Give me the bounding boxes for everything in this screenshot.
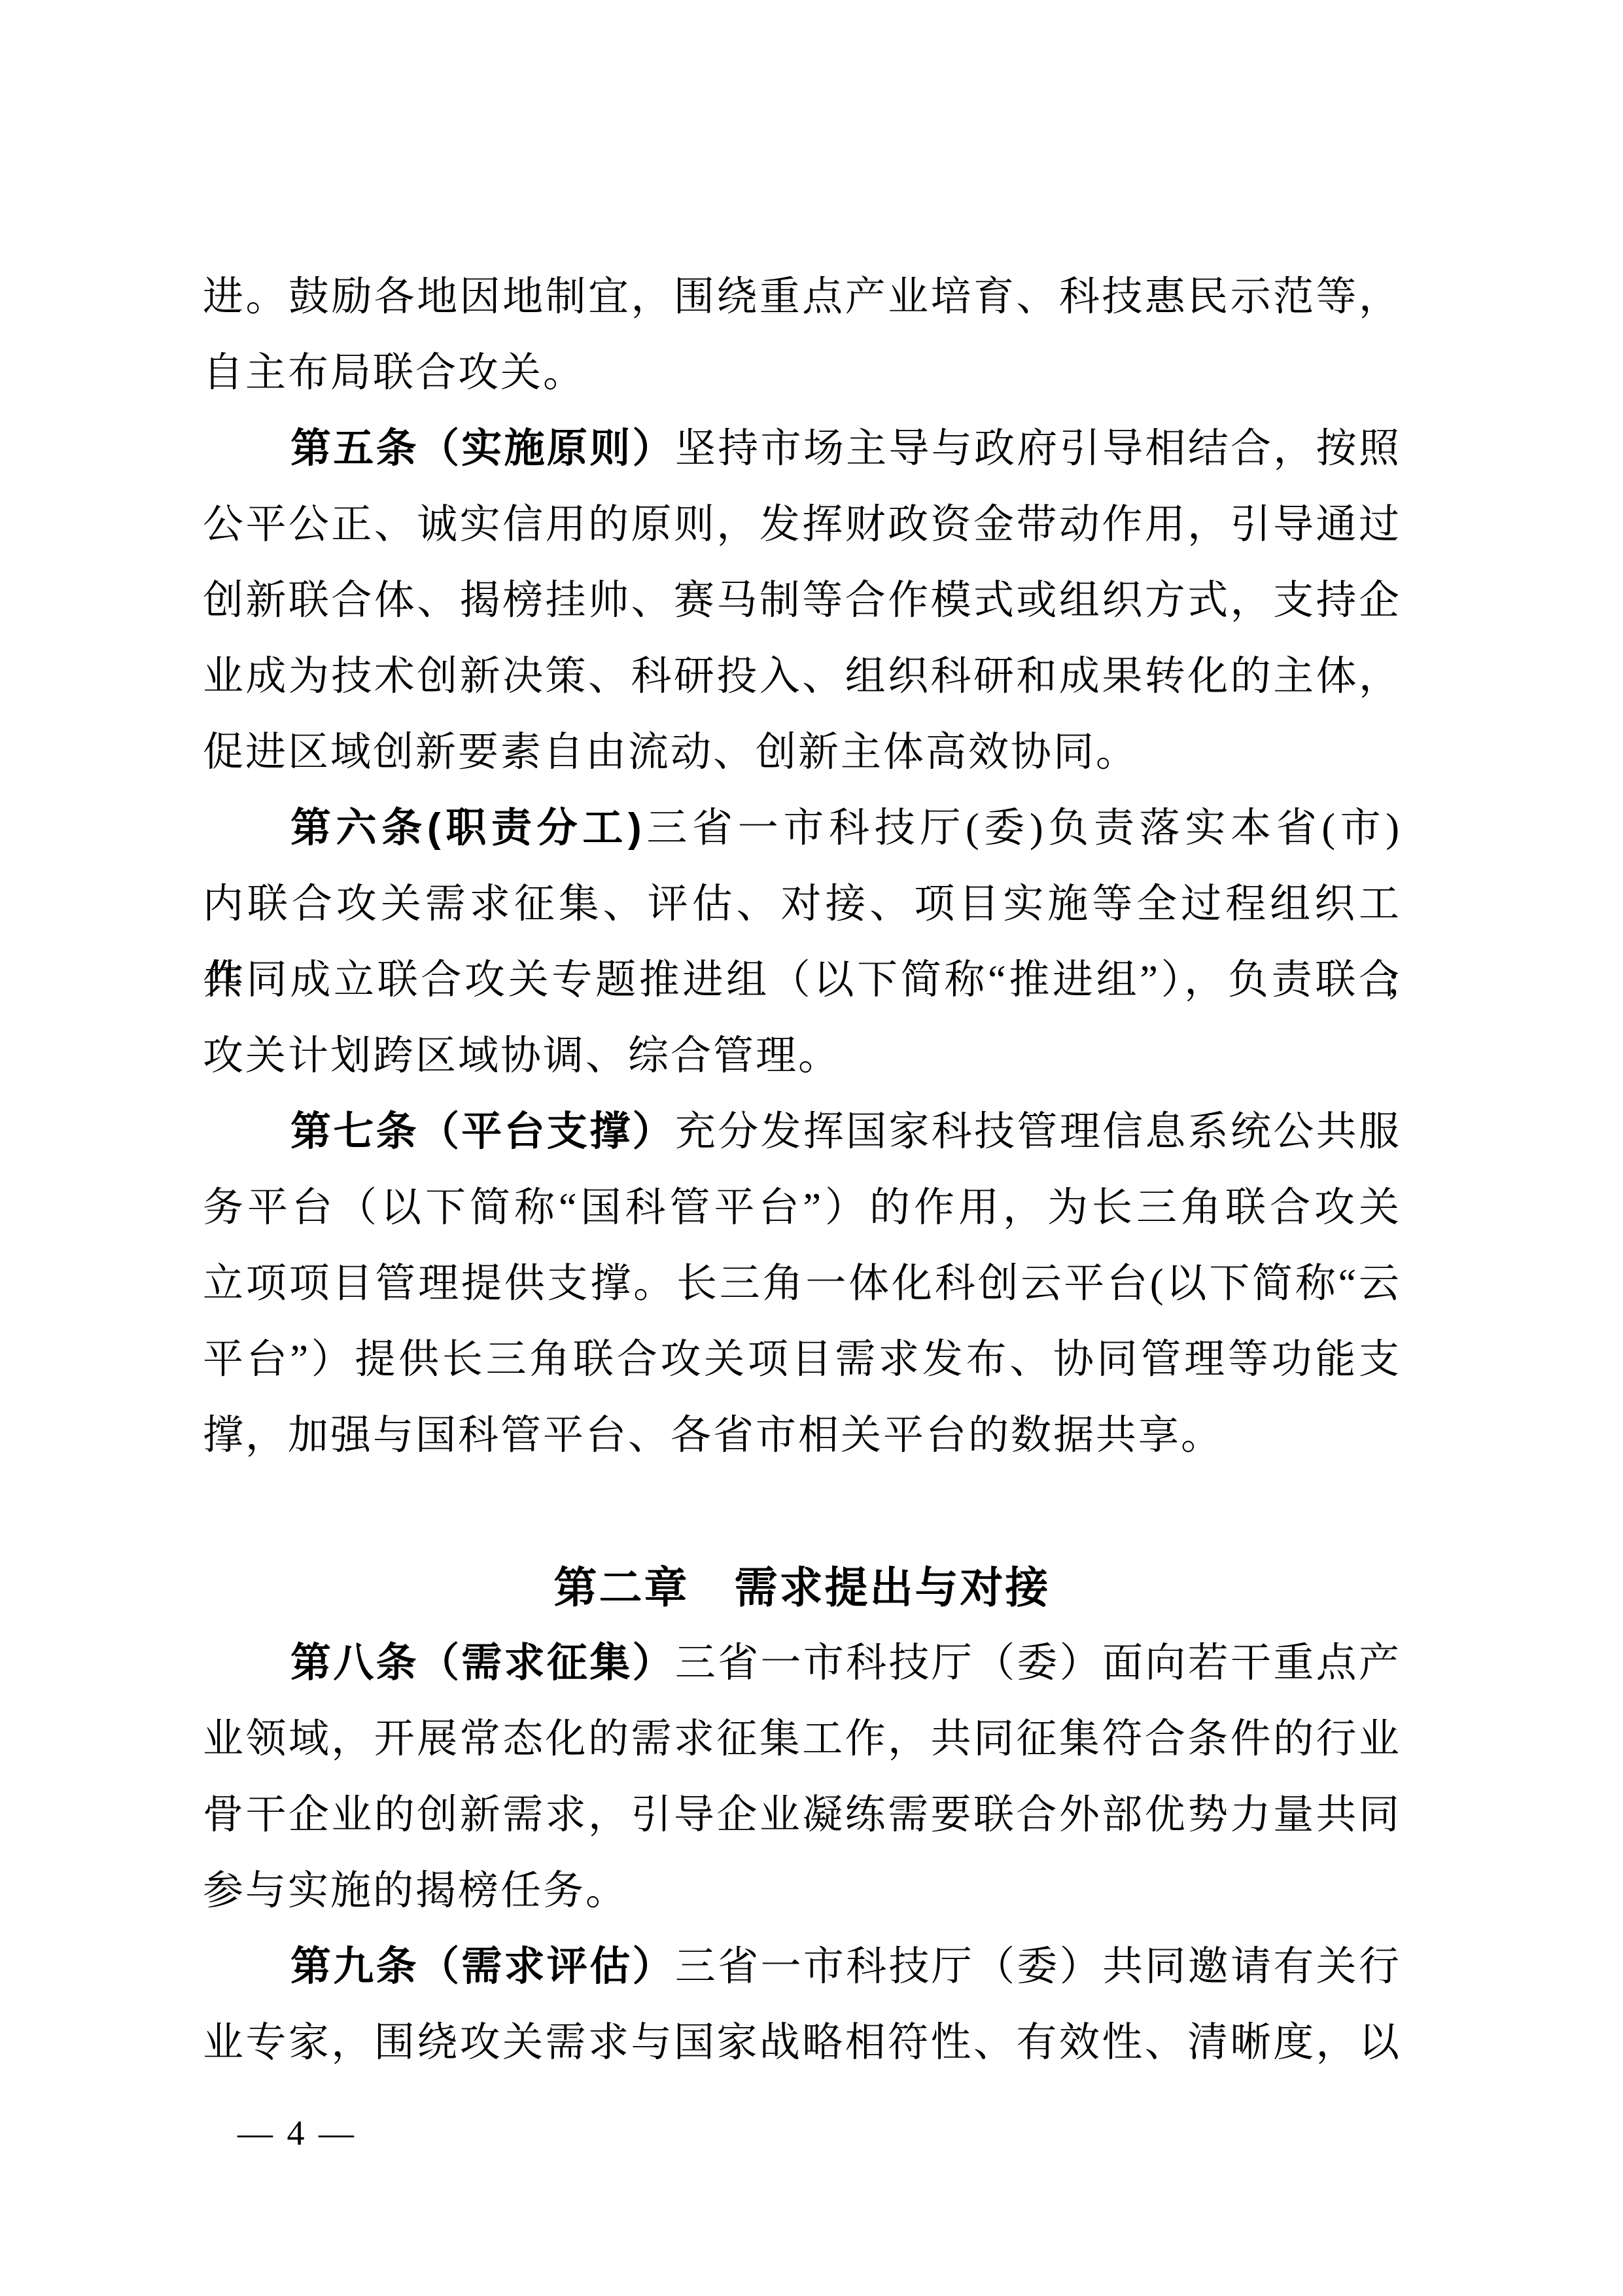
- text-line: 促进区域创新要素自由流动、创新主体高效协同。: [203, 715, 1401, 790]
- text-line: 骨干企业的创新需求，引导企业凝练需要联合外部优势力量共同: [203, 1777, 1401, 1853]
- text-line: 创新联合体、揭榜挂帅、赛马制等合作模式或组织方式，支持企: [203, 563, 1401, 639]
- text-line-content: 务平台（以下简称“国科管平台”）的作用，为长三角联合攻关: [203, 1186, 1401, 1230]
- document-page: 进。鼓励各地因地制宜，围绕重点产业培育、科技惠民示范等，自主布局联合攻关。第五条…: [0, 0, 1623, 2296]
- text-line-content: 共同成立联合攻关专题推进组（以下简称“推进组”），负责联合: [203, 958, 1401, 1002]
- text-line: 业领域，开展常态化的需求征集工作，共同征集符合条件的行业: [203, 1701, 1401, 1777]
- text-line-content: 公平公正、诚实信用的原则，发挥财政资金带动作用，引导通过: [203, 503, 1401, 547]
- chapter-heading-text: 第二章 需求提出与对接: [554, 1563, 1051, 1612]
- text-line: 第九条（需求评估）三省一市科技厅（委）共同邀请有关行: [203, 1929, 1401, 2005]
- text-line: 共同成立联合攻关专题推进组（以下简称“推进组”），负责联合: [203, 942, 1401, 1018]
- article-label: 第九条（需求评估）: [290, 1944, 675, 1989]
- text-line: 业成为技术创新决策、科研投入、组织科研和成果转化的主体，: [203, 639, 1401, 715]
- text-line-content: 坚持市场主导与政府引导相结合，按照: [675, 427, 1401, 471]
- text-line-content: 业成为技术创新决策、科研投入、组织科研和成果转化的主体，: [203, 654, 1401, 699]
- text-line: 立项项目管理提供支撑。长三角一体化科创云平台(以下简称“云: [203, 1246, 1401, 1322]
- text-line-content: 三省一市科技厅(委)负责落实本省(市): [644, 806, 1401, 851]
- text-line-content: 进。鼓励各地因地制宜，围绕重点产业培育、科技惠民示范等，: [203, 275, 1401, 319]
- text-line: 参与实施的揭榜任务。: [203, 1853, 1401, 1929]
- text-line-content: 三省一市科技厅（委）共同邀请有关行: [675, 1945, 1401, 1989]
- text-line-content: 平台”）提供长三角联合攻关项目需求发布、协同管理等功能支: [203, 1337, 1401, 1382]
- text-line-content: 自主布局联合攻关。: [203, 351, 585, 395]
- text-line: 攻关计划跨区域协调、综合管理。: [203, 1018, 1401, 1094]
- text-line-content: 促进区域创新要素自由流动、创新主体高效协同。: [203, 730, 1138, 775]
- text-line: 撑，加强与国科管平台、各省市相关平台的数据共享。: [203, 1398, 1401, 1474]
- text-line-content: 撑，加强与国科管平台、各省市相关平台的数据共享。: [203, 1413, 1223, 1458]
- text-line: 第五条（实施原则）坚持市场主导与政府引导相结合，按照: [203, 411, 1401, 487]
- article-label: 第八条（需求征集）: [290, 1640, 675, 1686]
- page-number-text: — 4 —: [237, 2113, 357, 2153]
- chapter-heading: 第二章 需求提出与对接: [203, 1549, 1401, 1625]
- article-label: 第七条（平台支撑）: [290, 1109, 675, 1154]
- text-line-content: 三省一市科技厅（委）面向若干重点产: [675, 1641, 1401, 1686]
- text-line-content: 参与实施的揭榜任务。: [203, 1869, 628, 1913]
- text-line-content: 业领域，开展常态化的需求征集工作，共同征集符合条件的行业: [203, 1717, 1401, 1761]
- text-line: 业专家，围绕攻关需求与国家战略相符性、有效性、清晰度，以: [203, 2005, 1401, 2081]
- page-number: — 4 —: [237, 2112, 357, 2154]
- text-line: 第八条（需求征集）三省一市科技厅（委）面向若干重点产: [203, 1625, 1401, 1701]
- text-line-content: 攻关计划跨区域协调、综合管理。: [203, 1034, 841, 1078]
- text-line-content: 骨干企业的创新需求，引导企业凝练需要联合外部优势力量共同: [203, 1793, 1401, 1837]
- text-line: 第七条（平台支撑）充分发挥国家科技管理信息系统公共服: [203, 1094, 1401, 1170]
- text-line-content: 充分发挥国家科技管理信息系统公共服: [675, 1110, 1401, 1154]
- text-line-content: 创新联合体、揭榜挂帅、赛马制等合作模式或组织方式，支持企: [203, 578, 1401, 623]
- text-line: 务平台（以下简称“国科管平台”）的作用，为长三角联合攻关: [203, 1170, 1401, 1246]
- text-line: 公平公正、诚实信用的原则，发挥财政资金带动作用，引导通过: [203, 487, 1401, 563]
- text-line-content: 立项项目管理提供支撑。长三角一体化科创云平台(以下简称“云: [203, 1262, 1401, 1306]
- text-line-content: 业专家，围绕攻关需求与国家战略相符性、有效性、清晰度，以: [203, 2021, 1401, 2065]
- article-label: 第六条(职责分工): [290, 805, 644, 851]
- text-line: 第六条(职责分工)三省一市科技厅(委)负责落实本省(市): [203, 790, 1401, 866]
- text-line: 内联合攻关需求征集、评估、对接、项目实施等全过程组织工作;: [203, 866, 1401, 942]
- article-label: 第五条（实施原则）: [290, 426, 675, 471]
- text-line: 自主布局联合攻关。: [203, 335, 1401, 411]
- document-body: 进。鼓励各地因地制宜，围绕重点产业培育、科技惠民示范等，自主布局联合攻关。第五条…: [203, 259, 1401, 2081]
- text-line: 进。鼓励各地因地制宜，围绕重点产业培育、科技惠民示范等，: [203, 259, 1401, 335]
- text-line: 平台”）提供长三角联合攻关项目需求发布、协同管理等功能支: [203, 1322, 1401, 1398]
